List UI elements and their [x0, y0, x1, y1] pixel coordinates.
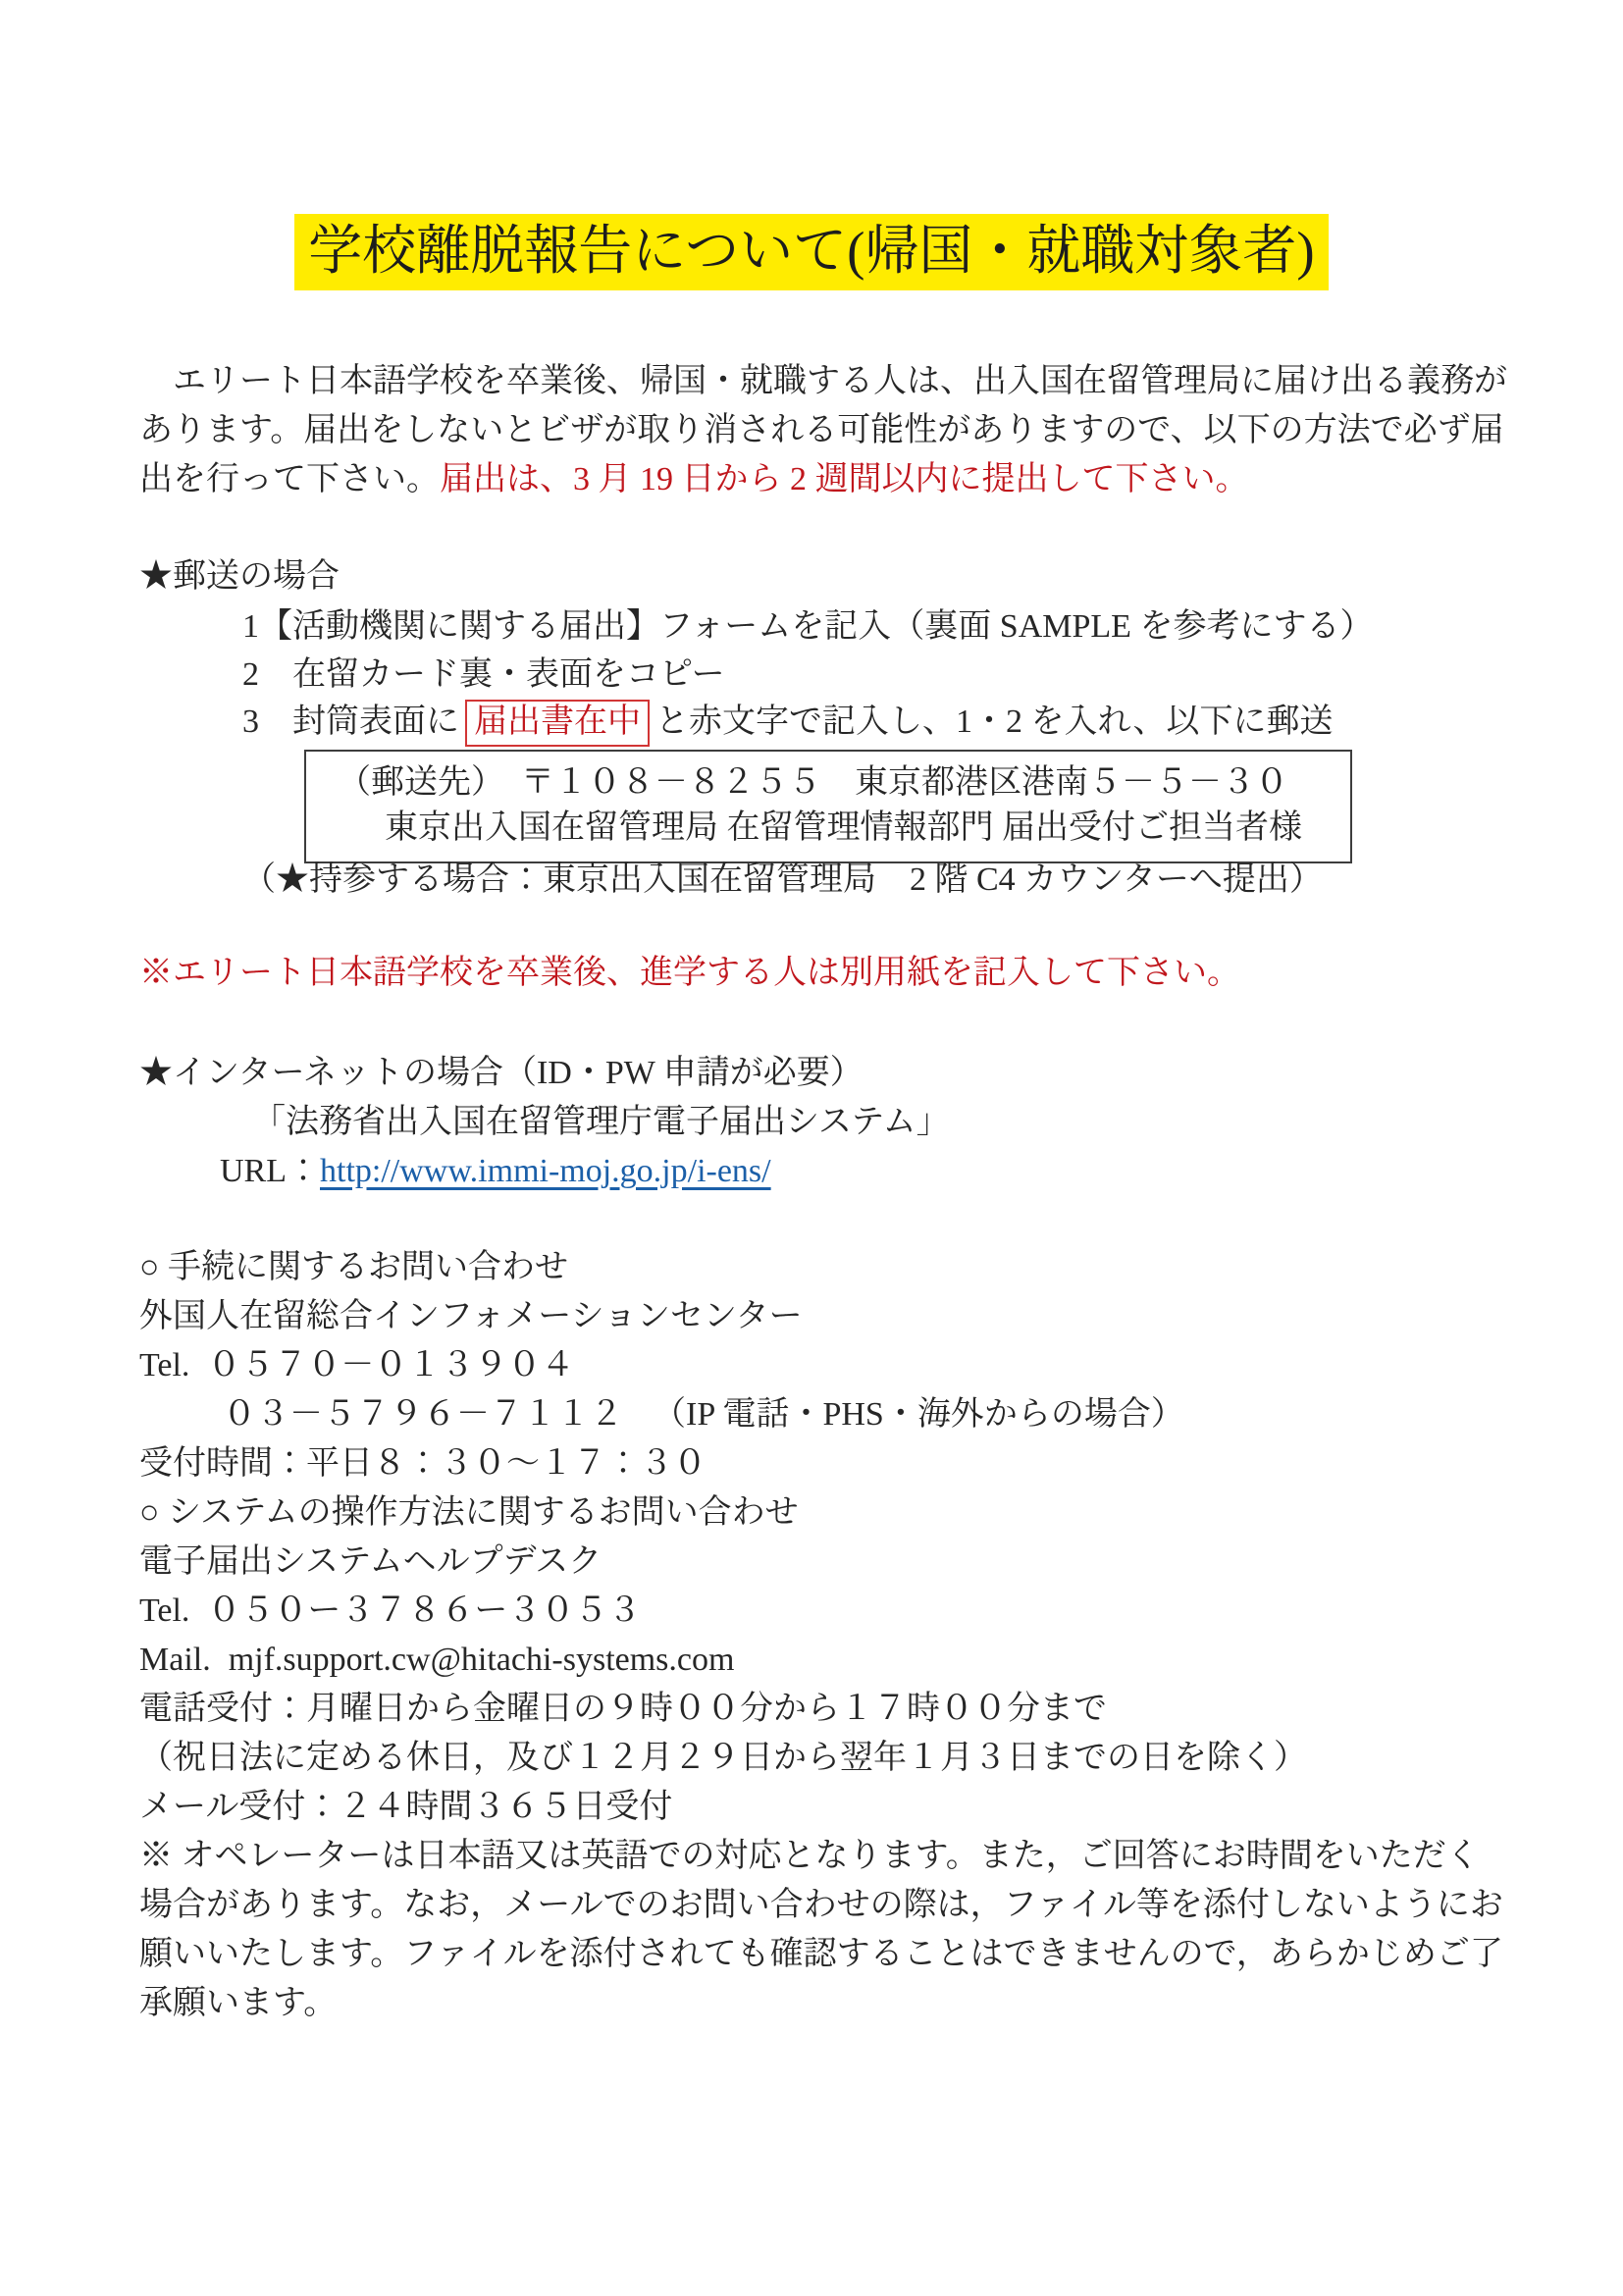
enclosure-stamp-box: 届出書在中	[465, 700, 650, 747]
information-center-name: 外国人在留総合インフォメーションセンター	[139, 1292, 1525, 1341]
transfer-student-note: ※エリート日本語学校を卒業後、進学する人は別用紙を記入して下さい。	[139, 949, 1525, 998]
helpdesk-tel-number: ０５０ー３７８６ー３０５３	[207, 1592, 641, 1629]
e-notification-system-name: 「法務省出入国在留管理庁電子届出システム」	[252, 1098, 950, 1147]
mailing-address-line-1: （郵送先） 〒１０８－８２５５ 東京都港区港南５－５－３０	[306, 760, 1350, 806]
phone-reception-hours: 電話受付：月曜日から金曜日の９時００分から１７時００分まで	[139, 1685, 1525, 1734]
tel-label: Tel.	[139, 1347, 189, 1383]
contact-section: ○ 手続に関するお問い合わせ 外国人在留総合インフォメーションセンター Tel.…	[139, 1243, 1525, 2028]
phone-reception-exception: （祝日法に定める休日，及び１２月２９日から翌年１月３日までの日を除く）	[139, 1734, 1525, 1783]
mail-step-2: 2 在留カード裏・表面をコピー	[242, 651, 1518, 700]
reception-hours: 受付時間：平日８：３０～１７：３０	[139, 1439, 1525, 1488]
bring-in-person-note: （★持参する場合：東京出入国在留管理局 2 階 C4 カウンターへ提出）	[242, 856, 1323, 905]
system-inquiry-heading: ○ システムの操作方法に関するお問い合わせ	[139, 1488, 1525, 1538]
helpdesk-mail-address: mjf.support.cw@hitachi-systems.com	[229, 1642, 735, 1678]
page-title: 学校離脱報告について(帰国・就職対象者)	[294, 214, 1329, 290]
url-line: URL：http://www.immi-moj.go.jp/i-ens/	[220, 1147, 771, 1196]
mail-section-heading: ★郵送の場合	[139, 552, 340, 601]
procedure-inquiry-heading: ○ 手続に関するお問い合わせ	[139, 1243, 1525, 1292]
helpdesk-tel-label: Tel.	[139, 1592, 189, 1629]
e-notification-url-link[interactable]: http://www.immi-moj.go.jp/i-ens/	[320, 1153, 771, 1189]
tel-ip-line: ０３－５７９６－７１１２（IP 電話・PHS・海外からの場合）	[139, 1390, 1525, 1439]
intro-paragraph: エリート日本語学校を卒業後、帰国・就職する人は、出入国在留管理局に届け出る義務が…	[139, 357, 1525, 504]
mail-step-1: 1【活動機関に関する届出】フォームを記入（裏面 SAMPLE を参考にする）	[242, 602, 1518, 652]
tel-main-line: Tel.０５７０－０１３９０４	[139, 1341, 1525, 1390]
mail-label: Mail.	[139, 1642, 211, 1678]
mailing-address-line-2: 東京出入国在留管理局 在留管理情報部門 届出受付ご担当者様	[306, 806, 1350, 851]
tel-ip-number: ０３－５７９６－７１１２	[223, 1396, 623, 1433]
mailing-address-box: （郵送先） 〒１０８－８２５５ 東京都港区港南５－５－３０ 東京出入国在留管理局…	[304, 750, 1352, 863]
helpdesk-mail-line: Mail.mjf.support.cw@hitachi-systems.com	[139, 1636, 1525, 1685]
helpdesk-name: 電子届出システムヘルプデスク	[139, 1538, 1525, 1587]
helpdesk-tel-line: Tel.０５０ー３７８６ー３０５３	[139, 1587, 1525, 1636]
tel-ip-note: （IP 電話・PHS・海外からの場合）	[653, 1396, 1184, 1433]
intro-deadline-red: 届出は、3 月 19 日から 2 週間以内に提出して下さい。	[440, 461, 1249, 497]
mail-reception-hours: メール受付：２４時間３６５日受付	[139, 1783, 1525, 1832]
operator-language-note: ※ オペレーターは日本語又は英語での対応となります。また，ご回答にお時間をいただ…	[139, 1832, 1525, 2028]
document-page: 学校離脱報告について(帰国・就職対象者) エリート日本語学校を卒業後、帰国・就職…	[0, 0, 1623, 2296]
tel-main-number: ０５７０－０１３９０４	[207, 1347, 574, 1383]
url-label: URL：	[220, 1153, 320, 1189]
mail-step-3: 3 封筒表面に届出書在中と赤文字で記入し、1・2 を入れ、以下に郵送	[242, 698, 1518, 747]
internet-section-heading: ★インターネットの場合（ID・PW 申請が必要）	[139, 1049, 864, 1098]
mail-step-3-suffix: と赤文字で記入し、1・2 を入れ、以下に郵送	[655, 704, 1334, 740]
title-row: 学校離脱報告について(帰国・就職対象者)	[0, 214, 1623, 290]
mail-step-3-prefix: 3 封筒表面に	[242, 704, 459, 740]
